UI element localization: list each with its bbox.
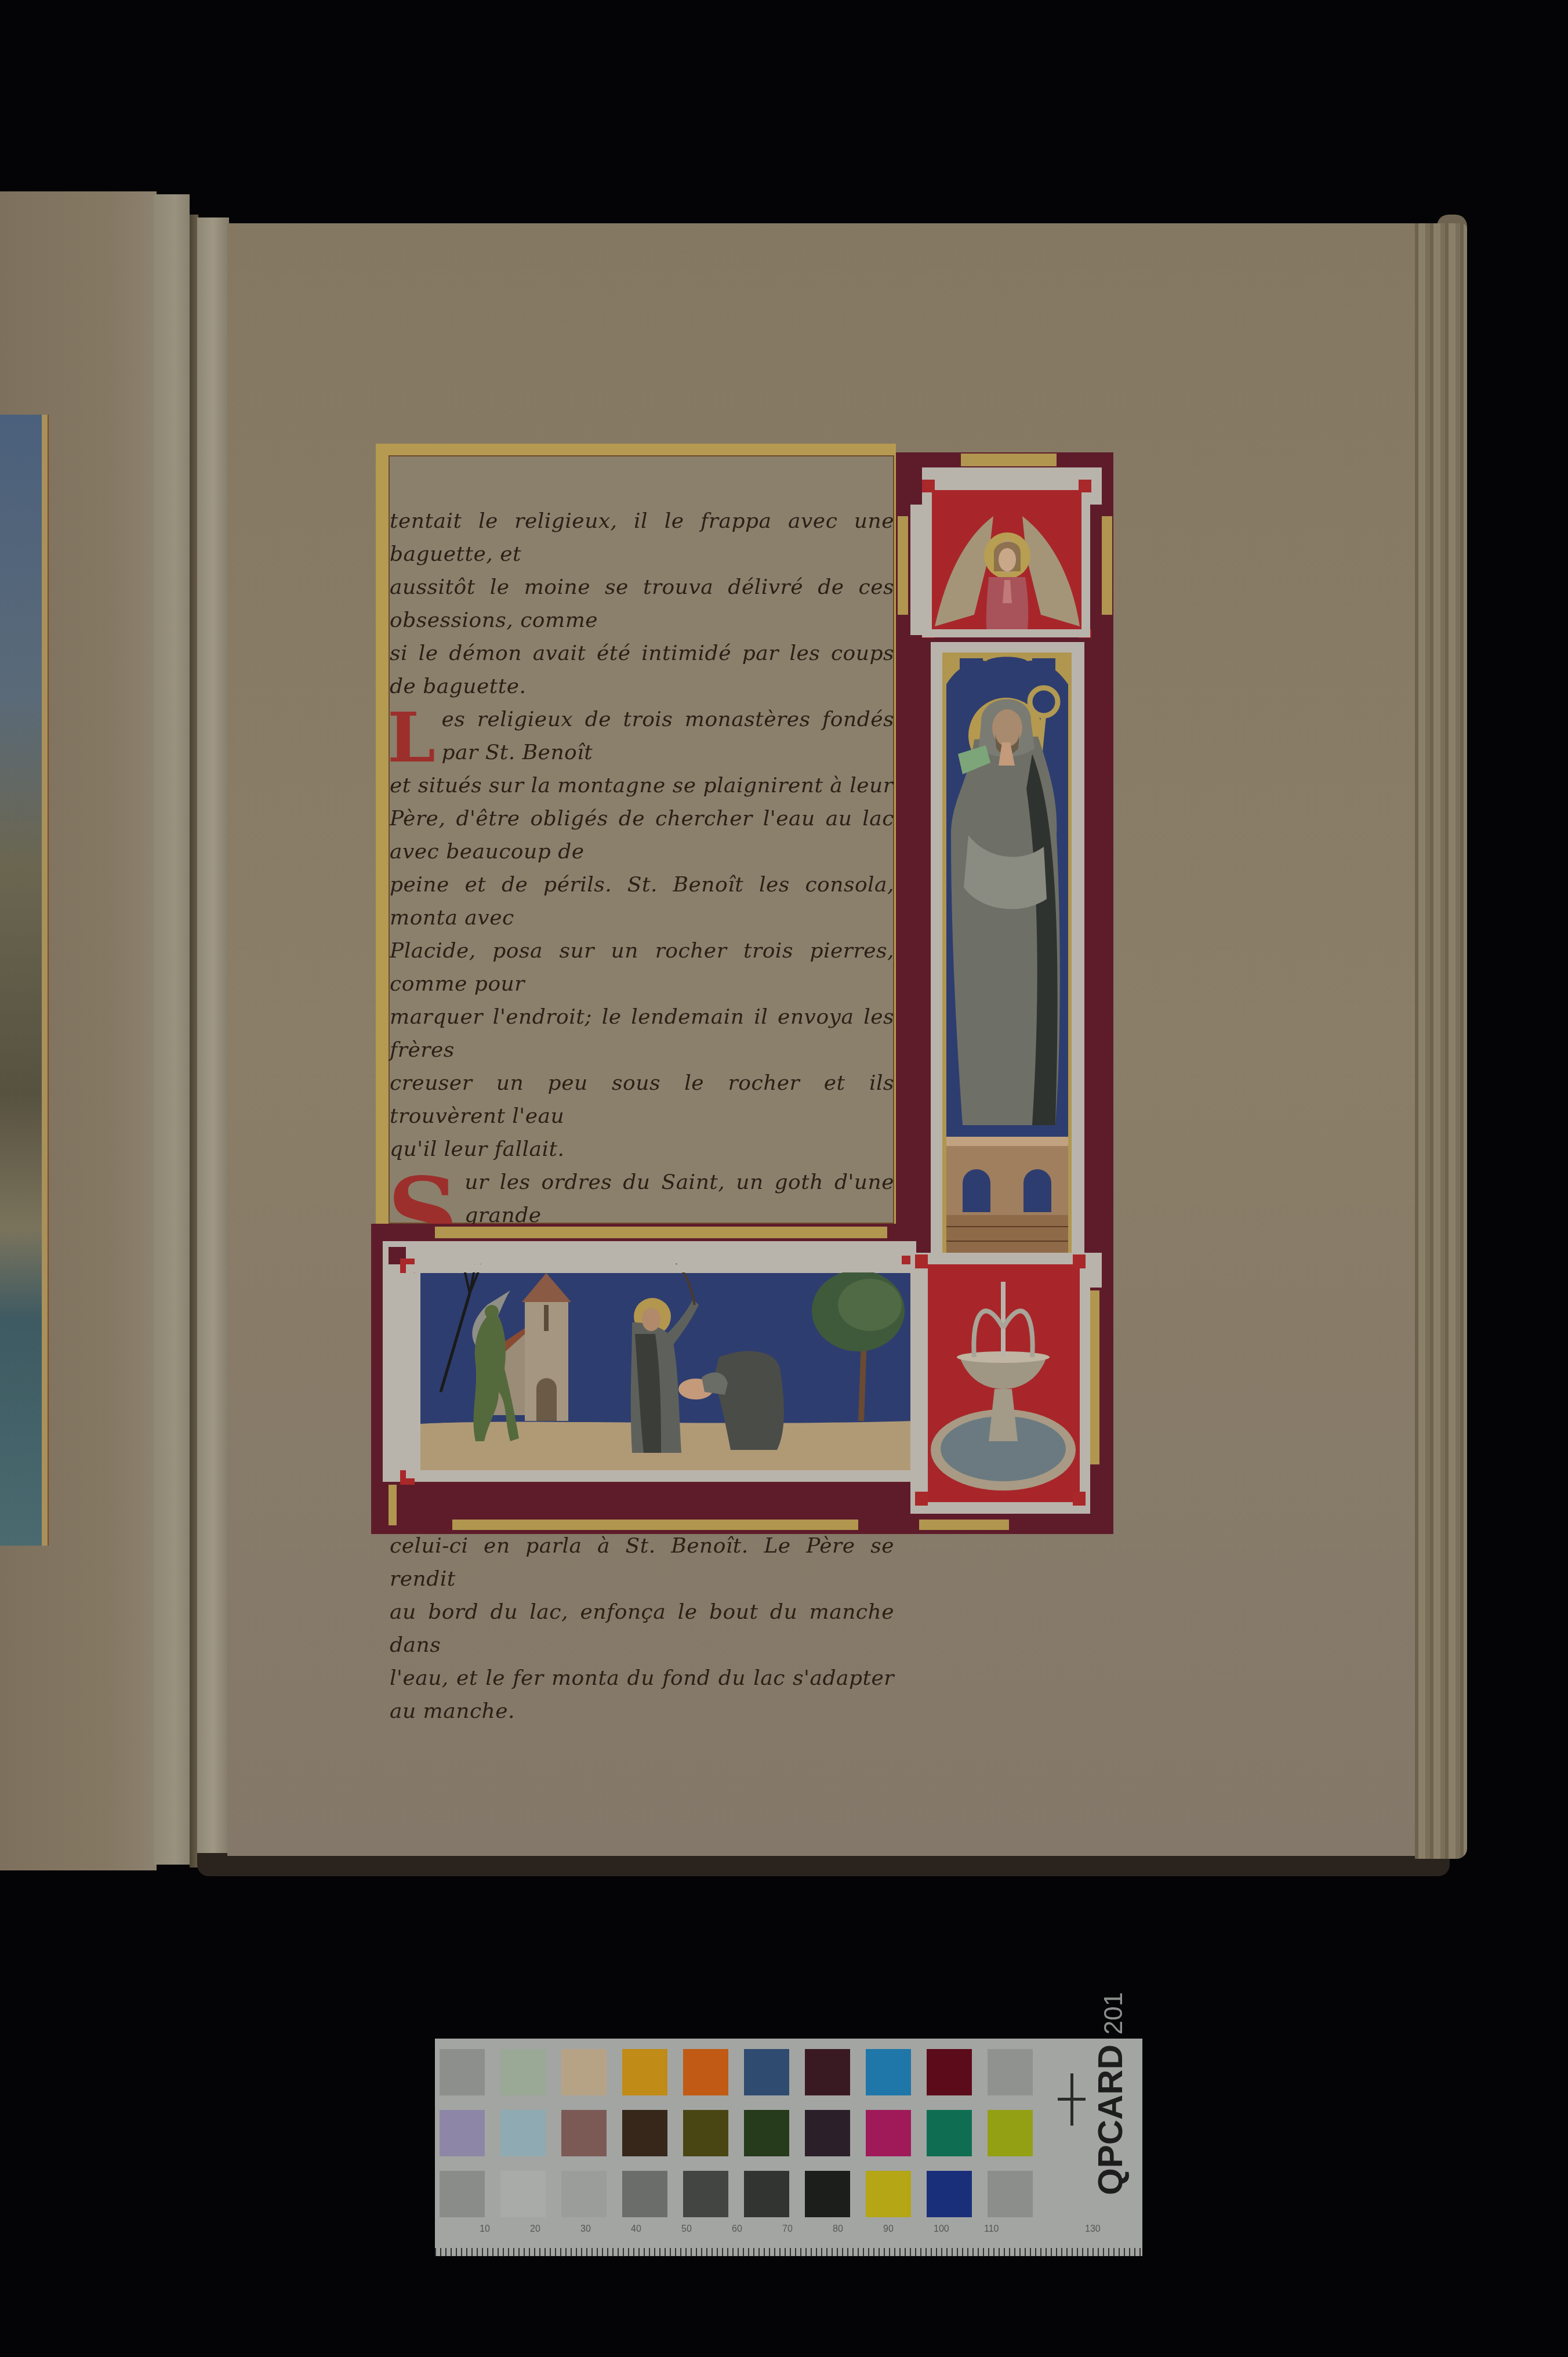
color-patch [500,2049,546,2095]
color-patch [440,2110,485,2156]
color-patch [683,2171,728,2217]
color-calibration-card: QPCARD 201 102030405060708090100110130 [435,2039,1142,2256]
color-patch [866,2110,911,2156]
illuminated-frame [0,0,1568,2357]
color-patch [927,2171,972,2217]
registration-cross-icon [1061,2073,1082,2126]
ruler-label: 90 [883,2224,894,2235]
color-patch [561,2110,607,2156]
color-patch [622,2049,667,2095]
scene-panel [383,1241,916,1485]
angel-panel [910,467,1102,642]
ruler-label: 30 [580,2224,591,2235]
ruler-label: 110 [984,2224,999,2235]
color-patch-grid [440,2049,1048,2223]
ruler-label: 130 [1085,2224,1101,2235]
color-patch [561,2049,607,2095]
color-patch [988,2049,1033,2095]
color-patch [927,2049,972,2095]
color-patch [561,2171,607,2217]
color-patch [683,2110,728,2156]
color-patch [927,2110,972,2156]
ruler-label: 50 [681,2224,692,2235]
color-patch [805,2110,850,2156]
ruler-label: 60 [732,2224,742,2235]
color-patch [440,2171,485,2217]
color-patch [744,2171,789,2217]
ruler-label: 40 [631,2224,641,2235]
color-patch [988,2110,1033,2156]
saint-panel [910,638,1102,1261]
ruler-label: 10 [480,2224,490,2235]
color-patch [683,2049,728,2095]
color-patch [744,2110,789,2156]
color-patch [500,2171,546,2217]
ruler-label: 80 [833,2224,843,2235]
card-brand-label: QPCARD 201 [1090,1992,1130,2195]
ruler-label: 70 [782,2224,793,2235]
color-patch [866,2049,911,2095]
color-patch [500,2110,546,2156]
ruler: 102030405060708090100110130 [435,2224,1142,2256]
color-patch [866,2171,911,2217]
color-patch [988,2171,1033,2217]
color-patch [622,2171,667,2217]
ruler-label: 100 [934,2224,949,2235]
color-patch [622,2110,667,2156]
fountain-panel [910,1253,1102,1514]
color-patch [805,2171,850,2217]
ruler-label: 20 [530,2224,540,2235]
color-patch [744,2049,789,2095]
color-patch [440,2049,485,2095]
color-patch [805,2049,850,2095]
